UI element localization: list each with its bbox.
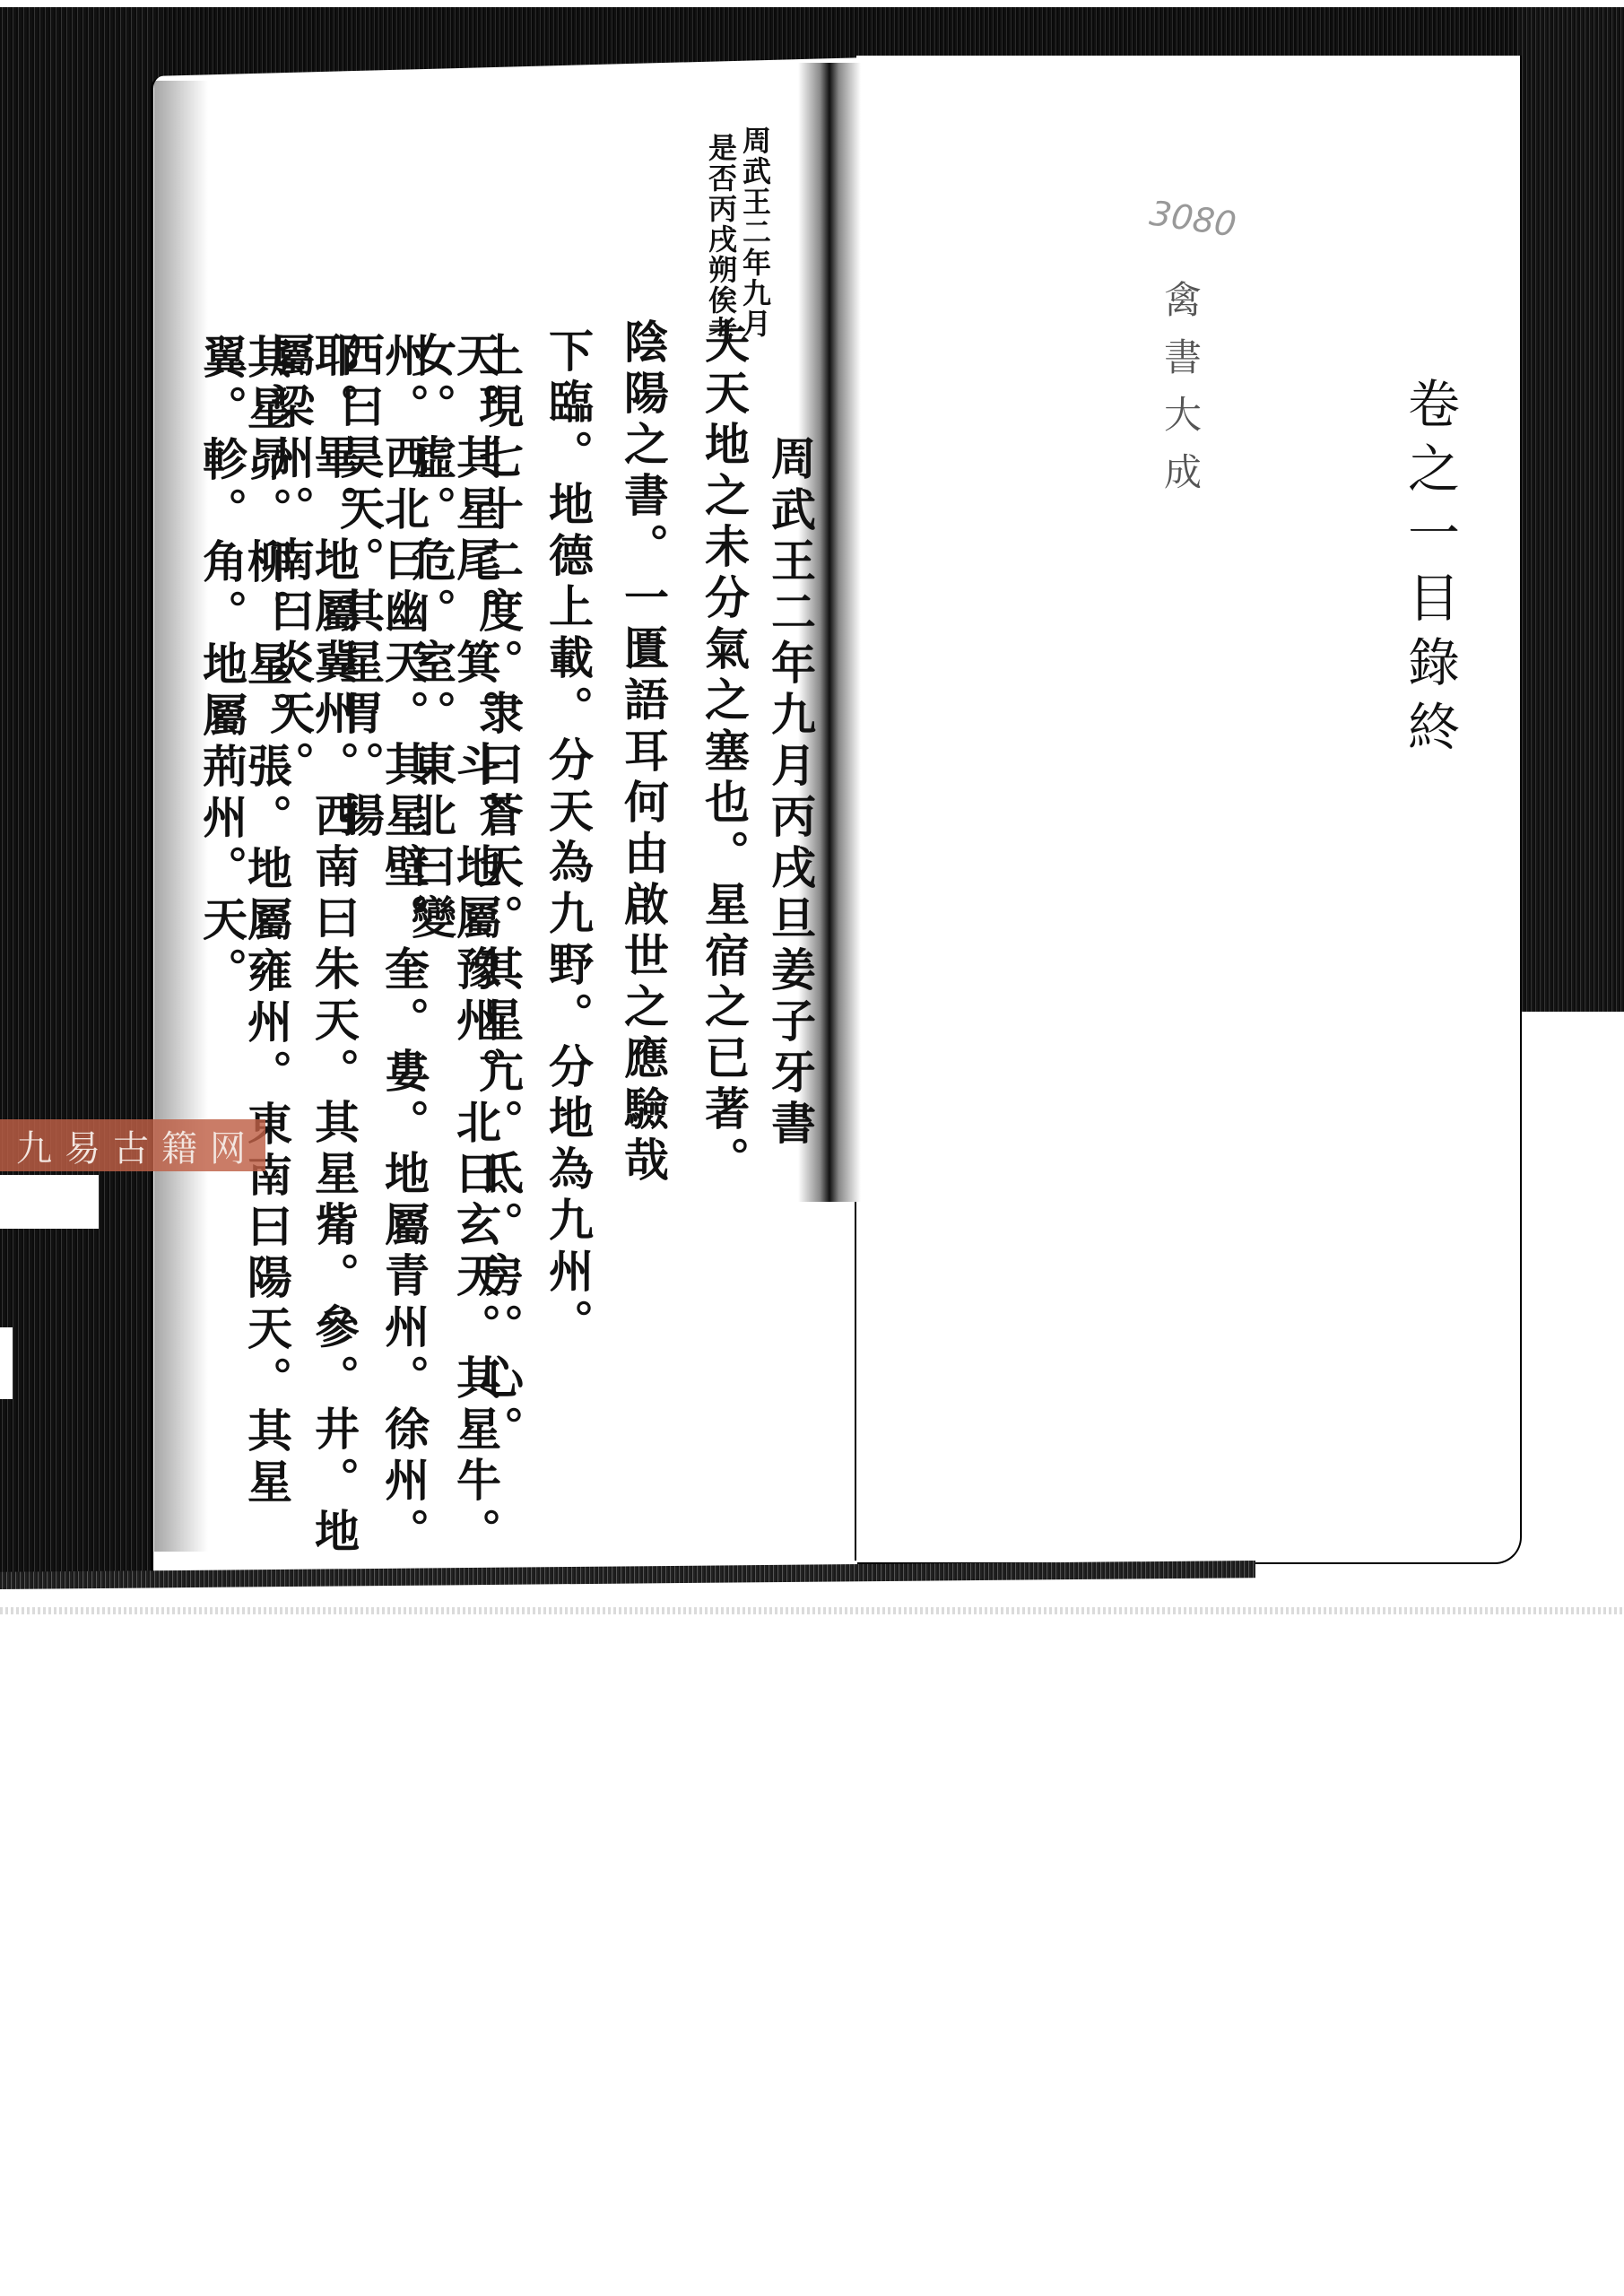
scan-artifact-strip [0, 1607, 1624, 1614]
site-watermark: 九易古籍网 [0, 1119, 265, 1171]
text-column-4: 下臨。地德上載。分天為九野。分地為九州。 [545, 327, 590, 1350]
text-column-9: 其星昴。柳。星。張。地屬雍州。東南曰陽天。其星翼。軫。角。地屬荊州。天。 [199, 334, 289, 1605]
book-scan: 周武王二年九月 是否丙戌朔俟考 周武王二年九月丙戌旦姜子牙書 夫天地之未分氣之塞… [0, 0, 1624, 1605]
spine-line [855, 1202, 856, 1561]
text-column-3: 陰陽之書。一匱語耳何由啟世之應驗哉 [621, 318, 665, 1187]
chapter-end-title: 卷之一目錄終 [1403, 377, 1455, 764]
scan-background-notch [0, 1327, 13, 1399]
text-column-2: 夫天地之未分氣之塞也。星宿之已著。 [701, 318, 746, 1187]
margin-note-line-2: 是否丙戌朔俟考 [707, 133, 735, 346]
scan-shadow-left [0, 7, 161, 1586]
text-column-1: 周武王二年九月丙戌旦姜子牙書 [768, 435, 812, 1151]
pencil-book-title: 禽書大成 [1161, 280, 1199, 509]
scan-background-gap [0, 1175, 99, 1229]
scan-shadow-right [1515, 7, 1624, 1012]
margin-note-line-1: 周武王二年九月 [741, 126, 769, 339]
